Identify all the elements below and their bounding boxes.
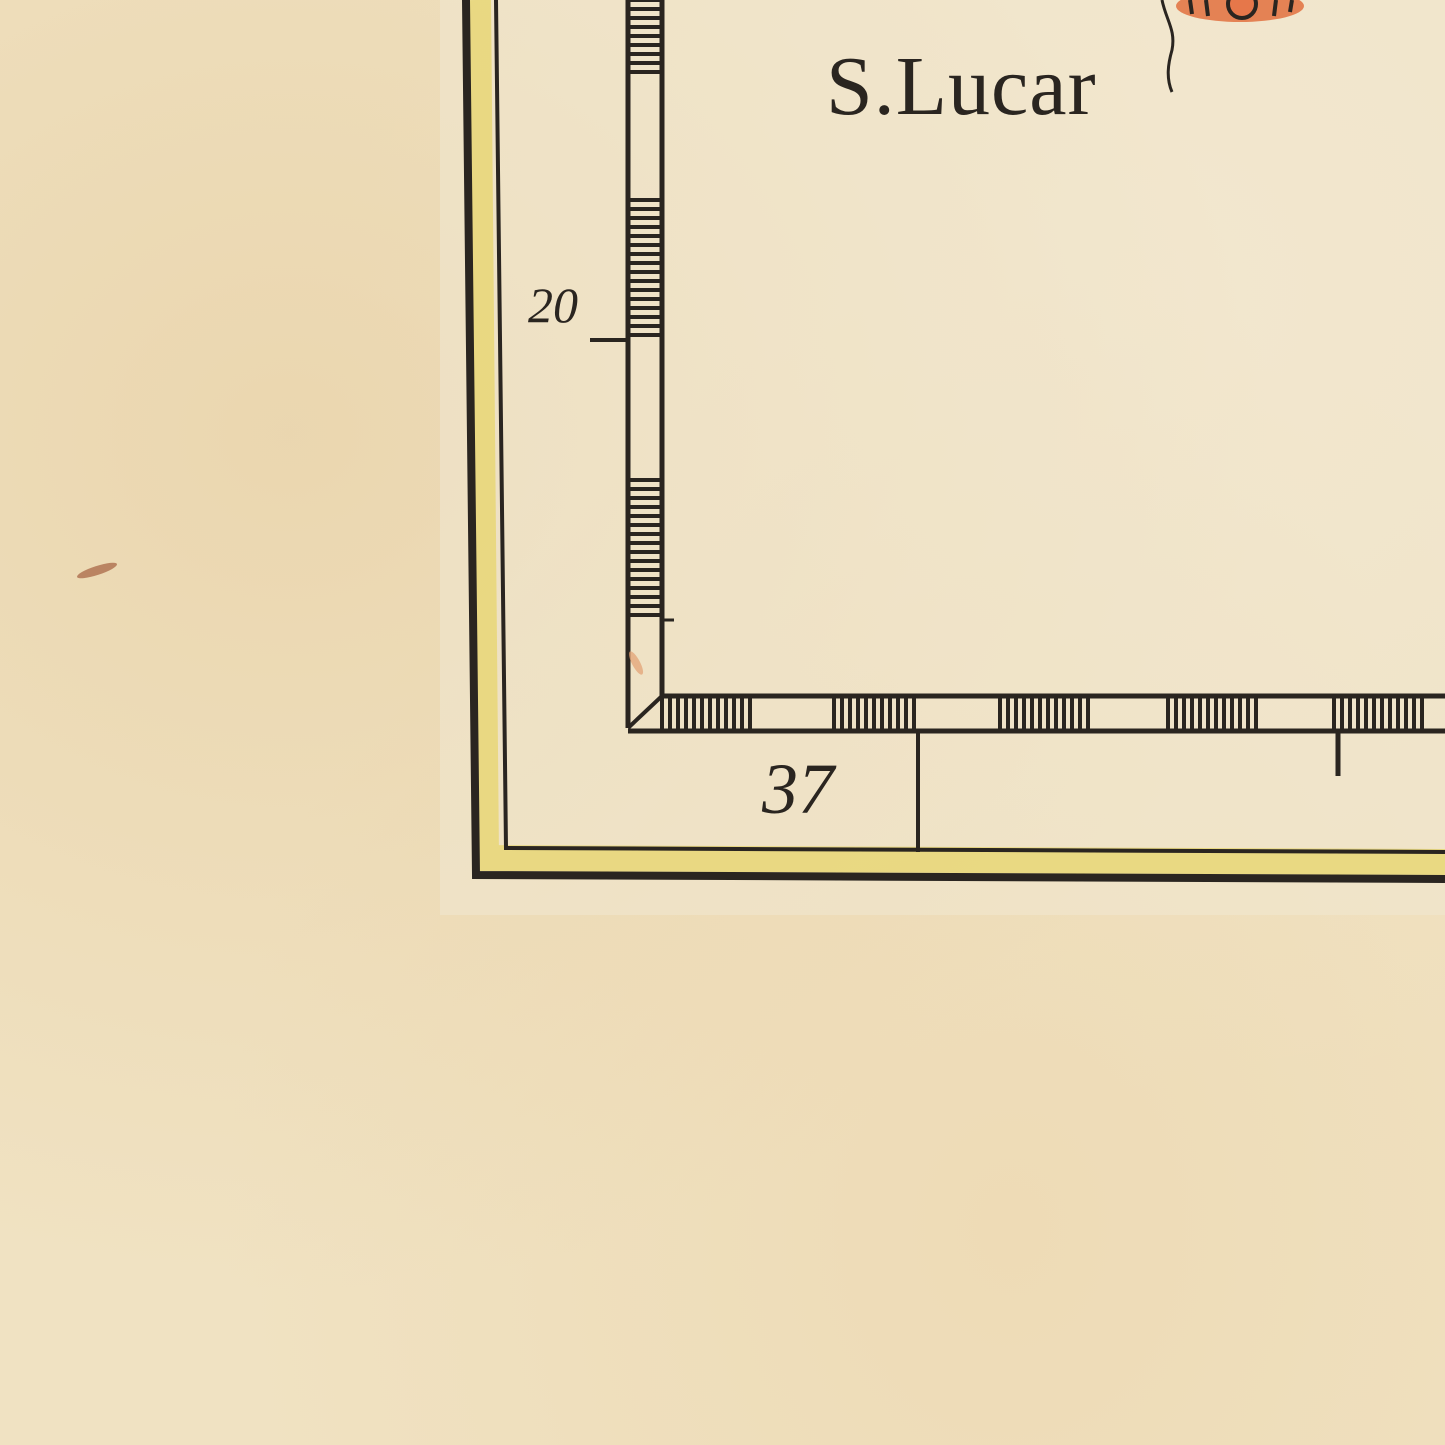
latitude-scale	[590, 0, 674, 728]
map-frame	[0, 0, 1445, 1445]
town-marker-icon	[1176, 0, 1304, 22]
river-line	[1162, 0, 1173, 92]
town-label: S.Lucar	[826, 38, 1097, 135]
longitude-label: 37	[762, 748, 834, 831]
latitude-label: 20	[528, 276, 578, 334]
